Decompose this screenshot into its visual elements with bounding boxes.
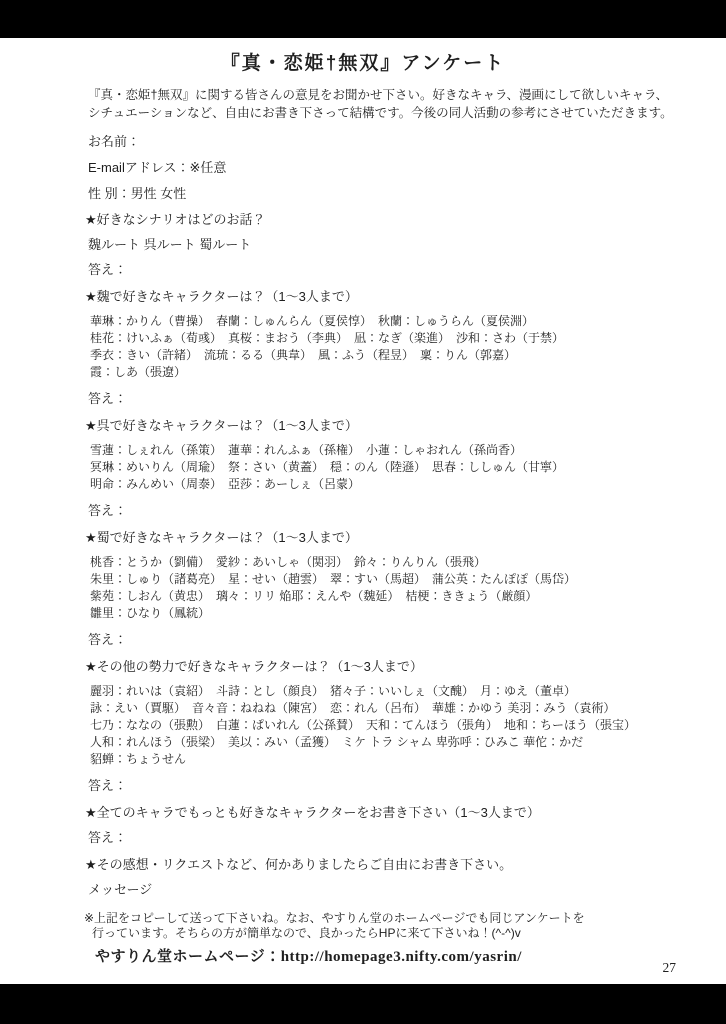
character-list-line: 明命：みんめい（周泰） 亞莎：あーしぇ（呂蒙） — [90, 476, 726, 493]
question-scenario-heading: ★好きなシナリオはどのお話？ — [85, 211, 726, 229]
homepage-url: やすりん堂ホームページ：http://homepage3.nifty.com/y… — [95, 945, 522, 966]
scenario-options: 魏ルート 呉ルート 蜀ルート — [88, 236, 726, 254]
page-content: 『真・恋姫†無双』アンケート 『真・恋姫†無双』に関する皆さんの意見をお聞かせ下… — [0, 38, 726, 899]
name-field-label: お名前： — [88, 133, 726, 151]
question-shoku-heading: ★蜀で好きなキャラクターは？（1～3人まで） — [85, 529, 726, 547]
shoku-answer-label: 答え： — [88, 631, 726, 649]
character-list-line: 冥琳：めいりん（周瑜） 祭：さい（黄蓋） 穏：のん（陸遜） 思春：ししゅん（甘寧… — [90, 459, 726, 476]
page-border-top — [0, 0, 726, 38]
wei-answer-label: 答え： — [88, 390, 726, 408]
character-list-line: 紫苑：しおん（黄忠） 璃々：リリ 焔耶：えんや（魏延） 桔梗：ききょう（厳顔） — [90, 588, 726, 605]
character-list-line: 七乃：ななの（張勲） 白蓮：ぱいれん（公孫賛） 天和：てんほう（張角） 地和：ち… — [90, 717, 726, 734]
character-list-line: 人和：れんほう（張梁） 美以：みい（孟獲） ミケ トラ シャム 卑弥呼：ひみこ … — [90, 734, 726, 751]
question-wu-heading: ★呉で好きなキャラクターは？（1～3人まで） — [85, 417, 726, 435]
intro-line-1: 『真・恋姫†無双』に関する皆さんの意見をお聞かせ下さい。好きなキャラ、漫画にして… — [88, 86, 726, 104]
wu-answer-label: 答え： — [88, 502, 726, 520]
character-list-others: 麗羽：れいは（袁紹） 斗詩：とし（顔良） 猪々子：いいしぇ（文醜） 月：ゆえ（董… — [90, 683, 726, 768]
question-others-heading: ★その他の勢力で好きなキャラクターは？（1～3人まで） — [85, 658, 726, 676]
scenario-answer-label: 答え： — [88, 261, 726, 279]
character-list-line: 雛里：ひなり（鳳統） — [90, 605, 726, 622]
question-wei-heading: ★魏で好きなキャラクターは？（1～3人まで） — [85, 288, 726, 306]
page-border-bottom — [0, 984, 726, 1024]
overall-answer-label: 答え： — [88, 829, 726, 847]
question-overall-heading: ★全てのキャラでもっとも好きなキャラクターをお書き下さい（1～3人まで） — [85, 804, 726, 822]
email-field-label: E-mailアドレス：※任意 — [88, 159, 726, 177]
question-feedback-heading: ★その感想・リクエストなど、何かありましたらご自由にお書き下さい。 — [85, 856, 726, 874]
character-list-wu: 雪蓮：しぇれん（孫策） 蓮華：れんふぁ（孫権） 小蓮：しゃおれん（孫尚香） 冥琳… — [90, 442, 726, 493]
character-list-line: 桂花：けいふぁ（荀彧） 真桜：まおう（李典） 凪：なぎ（楽進） 沙和：さわ（于禁… — [90, 330, 726, 347]
character-list-line: 貂蝉：ちょうせん — [90, 751, 726, 768]
character-list-wei: 華琳：かりん（曹操） 春蘭：しゅんらん（夏侯惇） 秋蘭：しゅうらん（夏侯淵） 桂… — [90, 313, 726, 381]
character-list-line: 雪蓮：しぇれん（孫策） 蓮華：れんふぁ（孫権） 小蓮：しゃおれん（孫尚香） — [90, 442, 726, 459]
message-label: メッセージ — [88, 881, 726, 899]
footer-note-line-1: ※上記をコピーして送って下さいね。なお、やすりん堂のホームページでも同じアンケー… — [84, 911, 585, 926]
character-list-line: 霞：しあ（張遼） — [90, 364, 726, 381]
character-list-line: 華琳：かりん（曹操） 春蘭：しゅんらん（夏侯惇） 秋蘭：しゅうらん（夏侯淵） — [90, 313, 726, 330]
character-list-line: 麗羽：れいは（袁紹） 斗詩：とし（顔良） 猪々子：いいしぇ（文醜） 月：ゆえ（董… — [90, 683, 726, 700]
character-list-line: 季衣：きい（許緒） 流琉：るる（典韋） 風：ふう（程昱） 稟：りん（郭嘉） — [90, 347, 726, 364]
page-title: 『真・恋姫†無双』アンケート — [0, 50, 726, 78]
questionnaire-page: 『真・恋姫†無双』アンケート 『真・恋姫†無双』に関する皆さんの意見をお聞かせ下… — [0, 0, 726, 1024]
others-answer-label: 答え： — [88, 777, 726, 795]
intro-line-2: シチュエーションなど、自由にお書き下さって結構です。今後の同人活動の参考にさせて… — [88, 104, 726, 122]
intro-text: 『真・恋姫†無双』に関する皆さんの意見をお聞かせ下さい。好きなキャラ、漫画にして… — [88, 86, 726, 122]
character-list-line: 詠：えい（賈駆） 音々音：ねねね（陳宮） 恋：れん（呂布） 華雄：かゆう 美羽：… — [90, 700, 726, 717]
page-number: 27 — [663, 960, 677, 976]
character-list-shoku: 桃香：とうか（劉備） 愛紗：あいしゃ（関羽） 鈴々：りんりん（張飛） 朱里：しゅ… — [90, 554, 726, 622]
gender-field-label: 性 別：男性 女性 — [88, 185, 726, 203]
character-list-line: 桃香：とうか（劉備） 愛紗：あいしゃ（関羽） 鈴々：りんりん（張飛） — [90, 554, 726, 571]
character-list-line: 朱里：しゅり（諸葛亮） 星：せい（趙雲） 翠：すい（馬超） 蒲公英：たんぽぽ（馬… — [90, 571, 726, 588]
footer-note-line-2: 行っています。そちらの方が簡単なので、良かったらHPに来て下さいね！(^-^)v — [92, 926, 521, 941]
